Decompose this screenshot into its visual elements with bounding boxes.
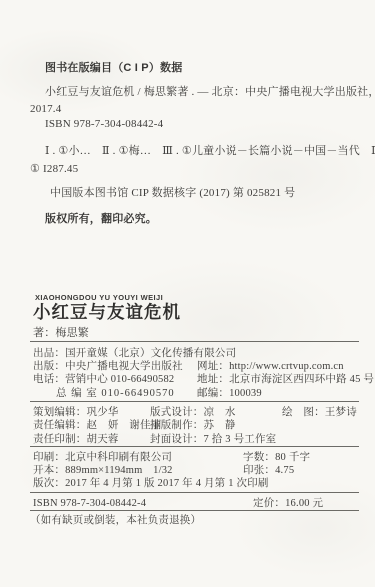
cover-designer: 封面设计：7 拾 3 号工作室 — [150, 434, 276, 446]
print-supervisor: 责任印制：胡天蓉 — [33, 434, 119, 446]
cip-record-line2: 2017.4 — [30, 103, 61, 116]
cip-class-line2: ① I287.45 — [30, 163, 78, 176]
edition-line: 版次：2017 年 4 月第 1 版 2017 年 4 月第 1 次印刷 — [33, 478, 269, 490]
managing-editor: 责任编辑：赵 妍 谢佳丽 — [33, 420, 161, 432]
typesetter: 排版制作：苏 静 — [150, 420, 236, 432]
book-copyright-page: 图书在版编目（C I P）数据 小红豆与友谊危机 / 梅思繁著 . — 北京：中… — [0, 0, 375, 587]
illustrator: 绘 图：王梦诗 — [282, 407, 357, 419]
isbn-line: ISBN 978-7-304-08442-4 — [33, 498, 146, 510]
divider-rule-3 — [30, 446, 359, 447]
editorial-office-line: 总 编 室 010-66490570 — [56, 388, 175, 400]
divider-rule-1 — [30, 341, 359, 342]
cip-registry-number: 中国版本图书馆 CIP 数据核字 (2017) 第 025821 号 — [50, 187, 295, 200]
price-line: 定价：16.00 元 — [253, 498, 323, 510]
cip-record-line1: 小红豆与友谊危机 / 梅思繁著 . — 北京：中央广播电视大学出版社， — [45, 86, 375, 99]
copyright-notice: 版权所有，翻印必究。 — [45, 213, 157, 226]
layout-designer: 版式设计：凉 水 — [150, 407, 236, 419]
divider-rule-2 — [30, 401, 359, 402]
phone-line: 电话：营销中心 010-66490582 — [33, 374, 174, 386]
divider-rule-4 — [30, 492, 359, 493]
author-line: 著：梅思繁 — [33, 327, 89, 340]
cip-class-line1: Ⅰ . ①小… Ⅱ . ①梅… Ⅲ . ①儿童小说－长篇小说－中国－当代 Ⅳ . — [45, 145, 375, 158]
sheet-count: 印张：4.75 — [243, 465, 294, 477]
cip-isbn: ISBN 978-7-304-08442-4 — [45, 118, 163, 131]
word-count: 字数：80 千字 — [243, 452, 310, 464]
website-line: 网址：http://www.crtvup.com.cn — [197, 361, 344, 373]
divider-rule-5 — [30, 510, 359, 511]
zipcode-line: 邮编：100039 — [197, 388, 262, 400]
address-line: 地址：北京市海淀区西四环中路 45 号 — [197, 374, 374, 386]
cip-header: 图书在版编目（C I P）数据 — [45, 62, 182, 75]
book-title-pinyin: XIAOHONGDOU YU YOUYI WEIJI — [35, 294, 163, 302]
publisher-line: 出版：中央广播电视大学出版社 — [33, 361, 183, 373]
printer-line: 印刷：北京中科印刷有限公司 — [33, 452, 172, 464]
planning-editor: 策划编辑：巩少华 — [33, 407, 119, 419]
format-line: 开本：889mm×1194mm 1/32 — [33, 465, 173, 477]
producer-line: 出品：国开童媒（北京）文化传播有限公司 — [33, 348, 236, 360]
return-policy-note: （如有缺页或倒装，本社负责退换） — [30, 515, 201, 527]
book-title: 小红豆与友谊危机 — [33, 302, 181, 322]
